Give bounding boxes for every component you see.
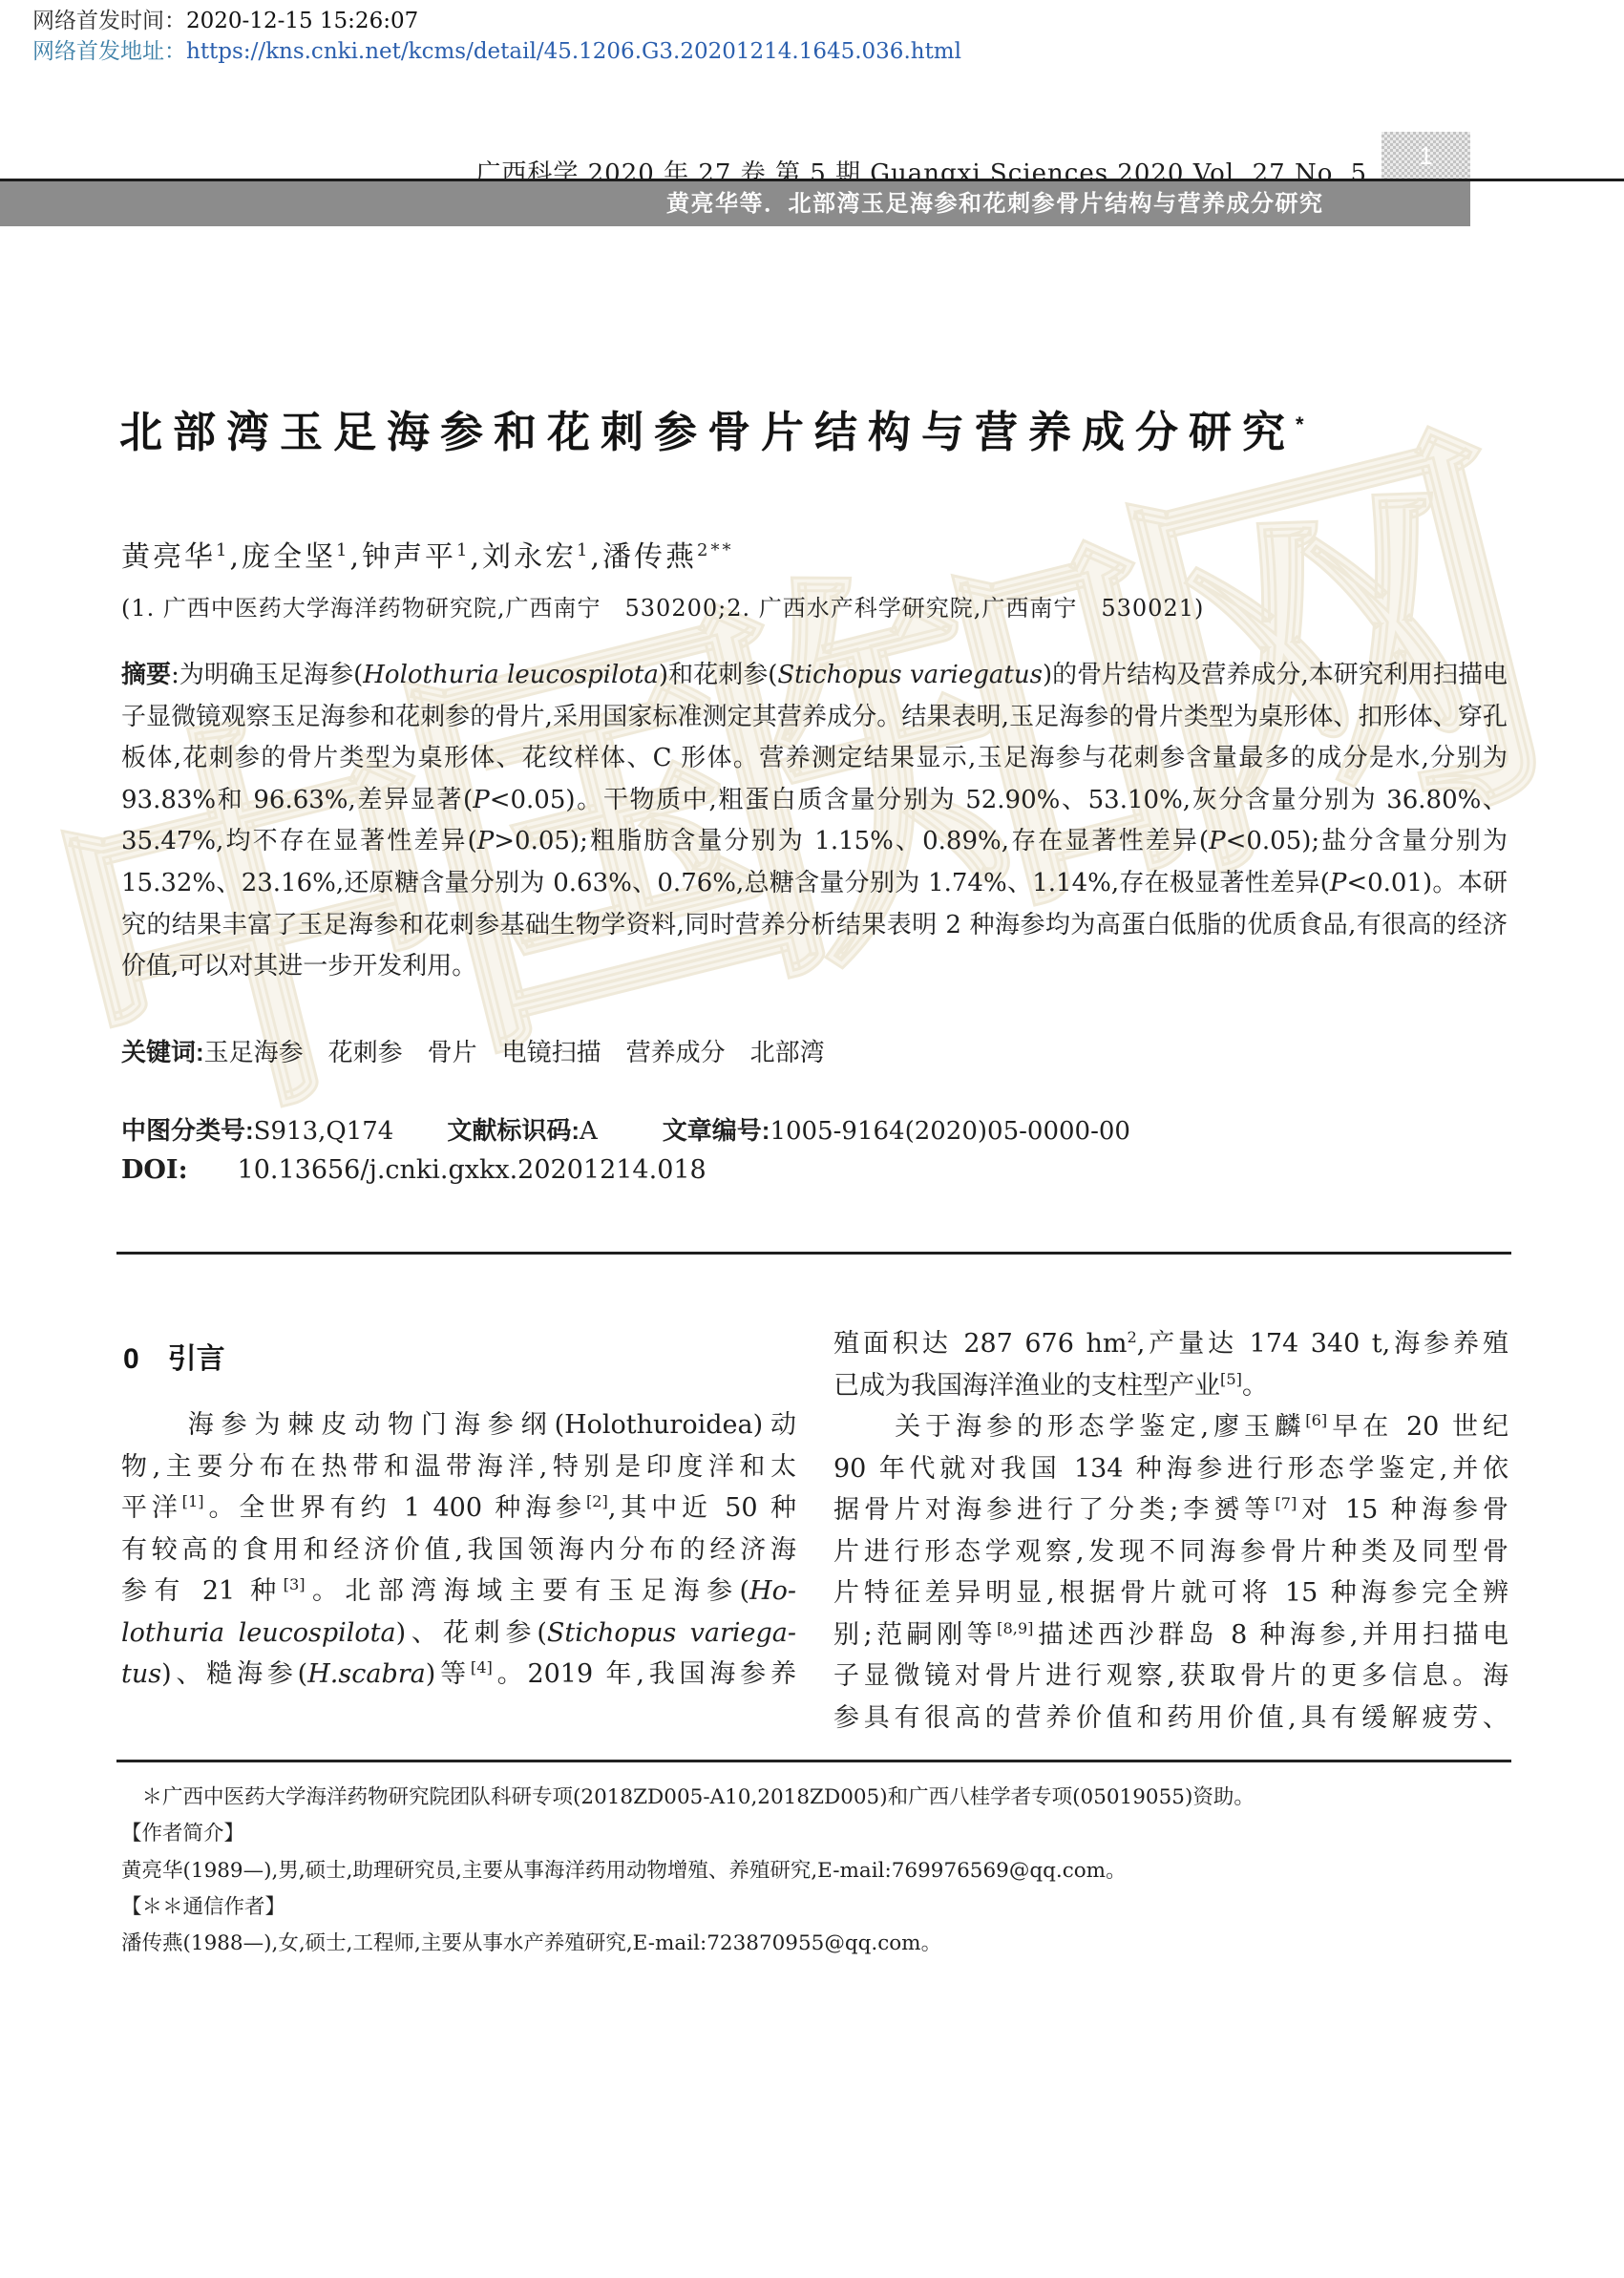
- running-title: 黄亮华等．北部湾玉足海参和花刺参骨片结构与营养成分研究: [666, 181, 1324, 226]
- doi-value: 10.13656/j.cnki.gxkx.20201214.018: [238, 1155, 707, 1185]
- article-no-group: 文章编号:1005-9164(2020)05-0000-00: [663, 1117, 1130, 1146]
- publish-url-label: 网络首发地址：: [32, 39, 186, 64]
- keywords-label: 关键词:: [121, 1038, 204, 1066]
- clc-value: S913,Q174: [254, 1117, 394, 1146]
- doi-row: DOI:10.13656/j.cnki.gxkx.20201214.018: [121, 1155, 707, 1185]
- left-column: 0引言 海参为棘皮动物门海参纲(Holothuroidea)动物,主要分布在热带…: [121, 1339, 796, 1696]
- keywords-line: 关键词:玉足海参 花刺参 骨片 电镜扫描 营养成分 北部湾: [121, 1031, 825, 1074]
- publish-url-row: 网络首发地址：https://kns.cnki.net/kcms/detail/…: [32, 36, 961, 67]
- article-title: 北部湾玉足海参和花刺参骨片结构与营养成分研究*: [119, 397, 1304, 459]
- keywords-values: 玉足海参 花刺参 骨片 电镜扫描 营养成分 北部湾: [204, 1039, 825, 1067]
- clc-label: 中图分类号:: [121, 1116, 254, 1145]
- online-first-meta: 网络首发时间：2020-12-15 15:26:07 网络首发地址：https:…: [32, 6, 961, 67]
- footnotes-block: ＊广西中医药大学海洋药物研究院团队科研专项(2018ZD005-A10,2018…: [121, 1780, 1513, 1962]
- left-column-text: 海参为棘皮动物门海参纲(Holothuroidea)动物,主要分布在热带和温带海…: [121, 1404, 796, 1696]
- right-column: 殖面积达 287 676 hm2,产量达 174 340 t,海参养殖已成为我国…: [833, 1323, 1508, 1739]
- page-number-box: 1: [1381, 132, 1470, 179]
- publish-url-link[interactable]: https://kns.cnki.net/kcms/detail/45.1206…: [186, 39, 961, 64]
- abstract-paragraph: 摘要:为明确玉足海参(Holothuria leucospilota)和花刺参(…: [121, 655, 1508, 988]
- publish-time-row: 网络首发时间：2020-12-15 15:26:07: [32, 6, 961, 36]
- running-title-banner: 黄亮华等．北部湾玉足海参和花刺参骨片结构与营养成分研究: [0, 181, 1470, 226]
- article-no-label: 文章编号:: [663, 1116, 770, 1145]
- clc-group: 中图分类号:S913,Q174: [121, 1117, 393, 1146]
- doc-code-group: 文献标识码:A: [447, 1117, 597, 1146]
- doc-code-label: 文献标识码:: [447, 1116, 580, 1145]
- affiliations-line: (1. 广西中医药大学海洋药物研究院,广西南宁 530200;2. 广西水产科学…: [121, 589, 1204, 622]
- authors-line: 黄亮华1,庞全坚1,钟声平1,刘永宏1,潘传燕2**: [121, 533, 733, 575]
- article-title-text: 北部湾玉足海参和花刺参骨片结构与营养成分研究: [119, 408, 1296, 456]
- publish-time-value: 2020-12-15 15:26:07: [186, 9, 418, 33]
- publish-time-label: 网络首发时间：: [32, 9, 186, 33]
- section-title: 引言: [168, 1343, 225, 1375]
- footnote-divider: [116, 1760, 1511, 1762]
- doi-label: DOI:: [121, 1155, 188, 1185]
- section-heading: 0引言: [123, 1339, 796, 1381]
- article-no-value: 1005-9164(2020)05-0000-00: [770, 1117, 1129, 1146]
- doc-code-value: A: [580, 1117, 598, 1146]
- abstract-body-divider: [116, 1252, 1511, 1255]
- classification-row: 中图分类号:S913,Q174文献标识码:A文章编号:1005-9164(202…: [121, 1111, 1130, 1147]
- section-number: 0: [123, 1343, 139, 1375]
- paper-page: { "page_meta": { "published_time_label":…: [0, 0, 1624, 2278]
- page-number: 1: [1419, 141, 1432, 171]
- title-footnote-mark: *: [1296, 412, 1304, 436]
